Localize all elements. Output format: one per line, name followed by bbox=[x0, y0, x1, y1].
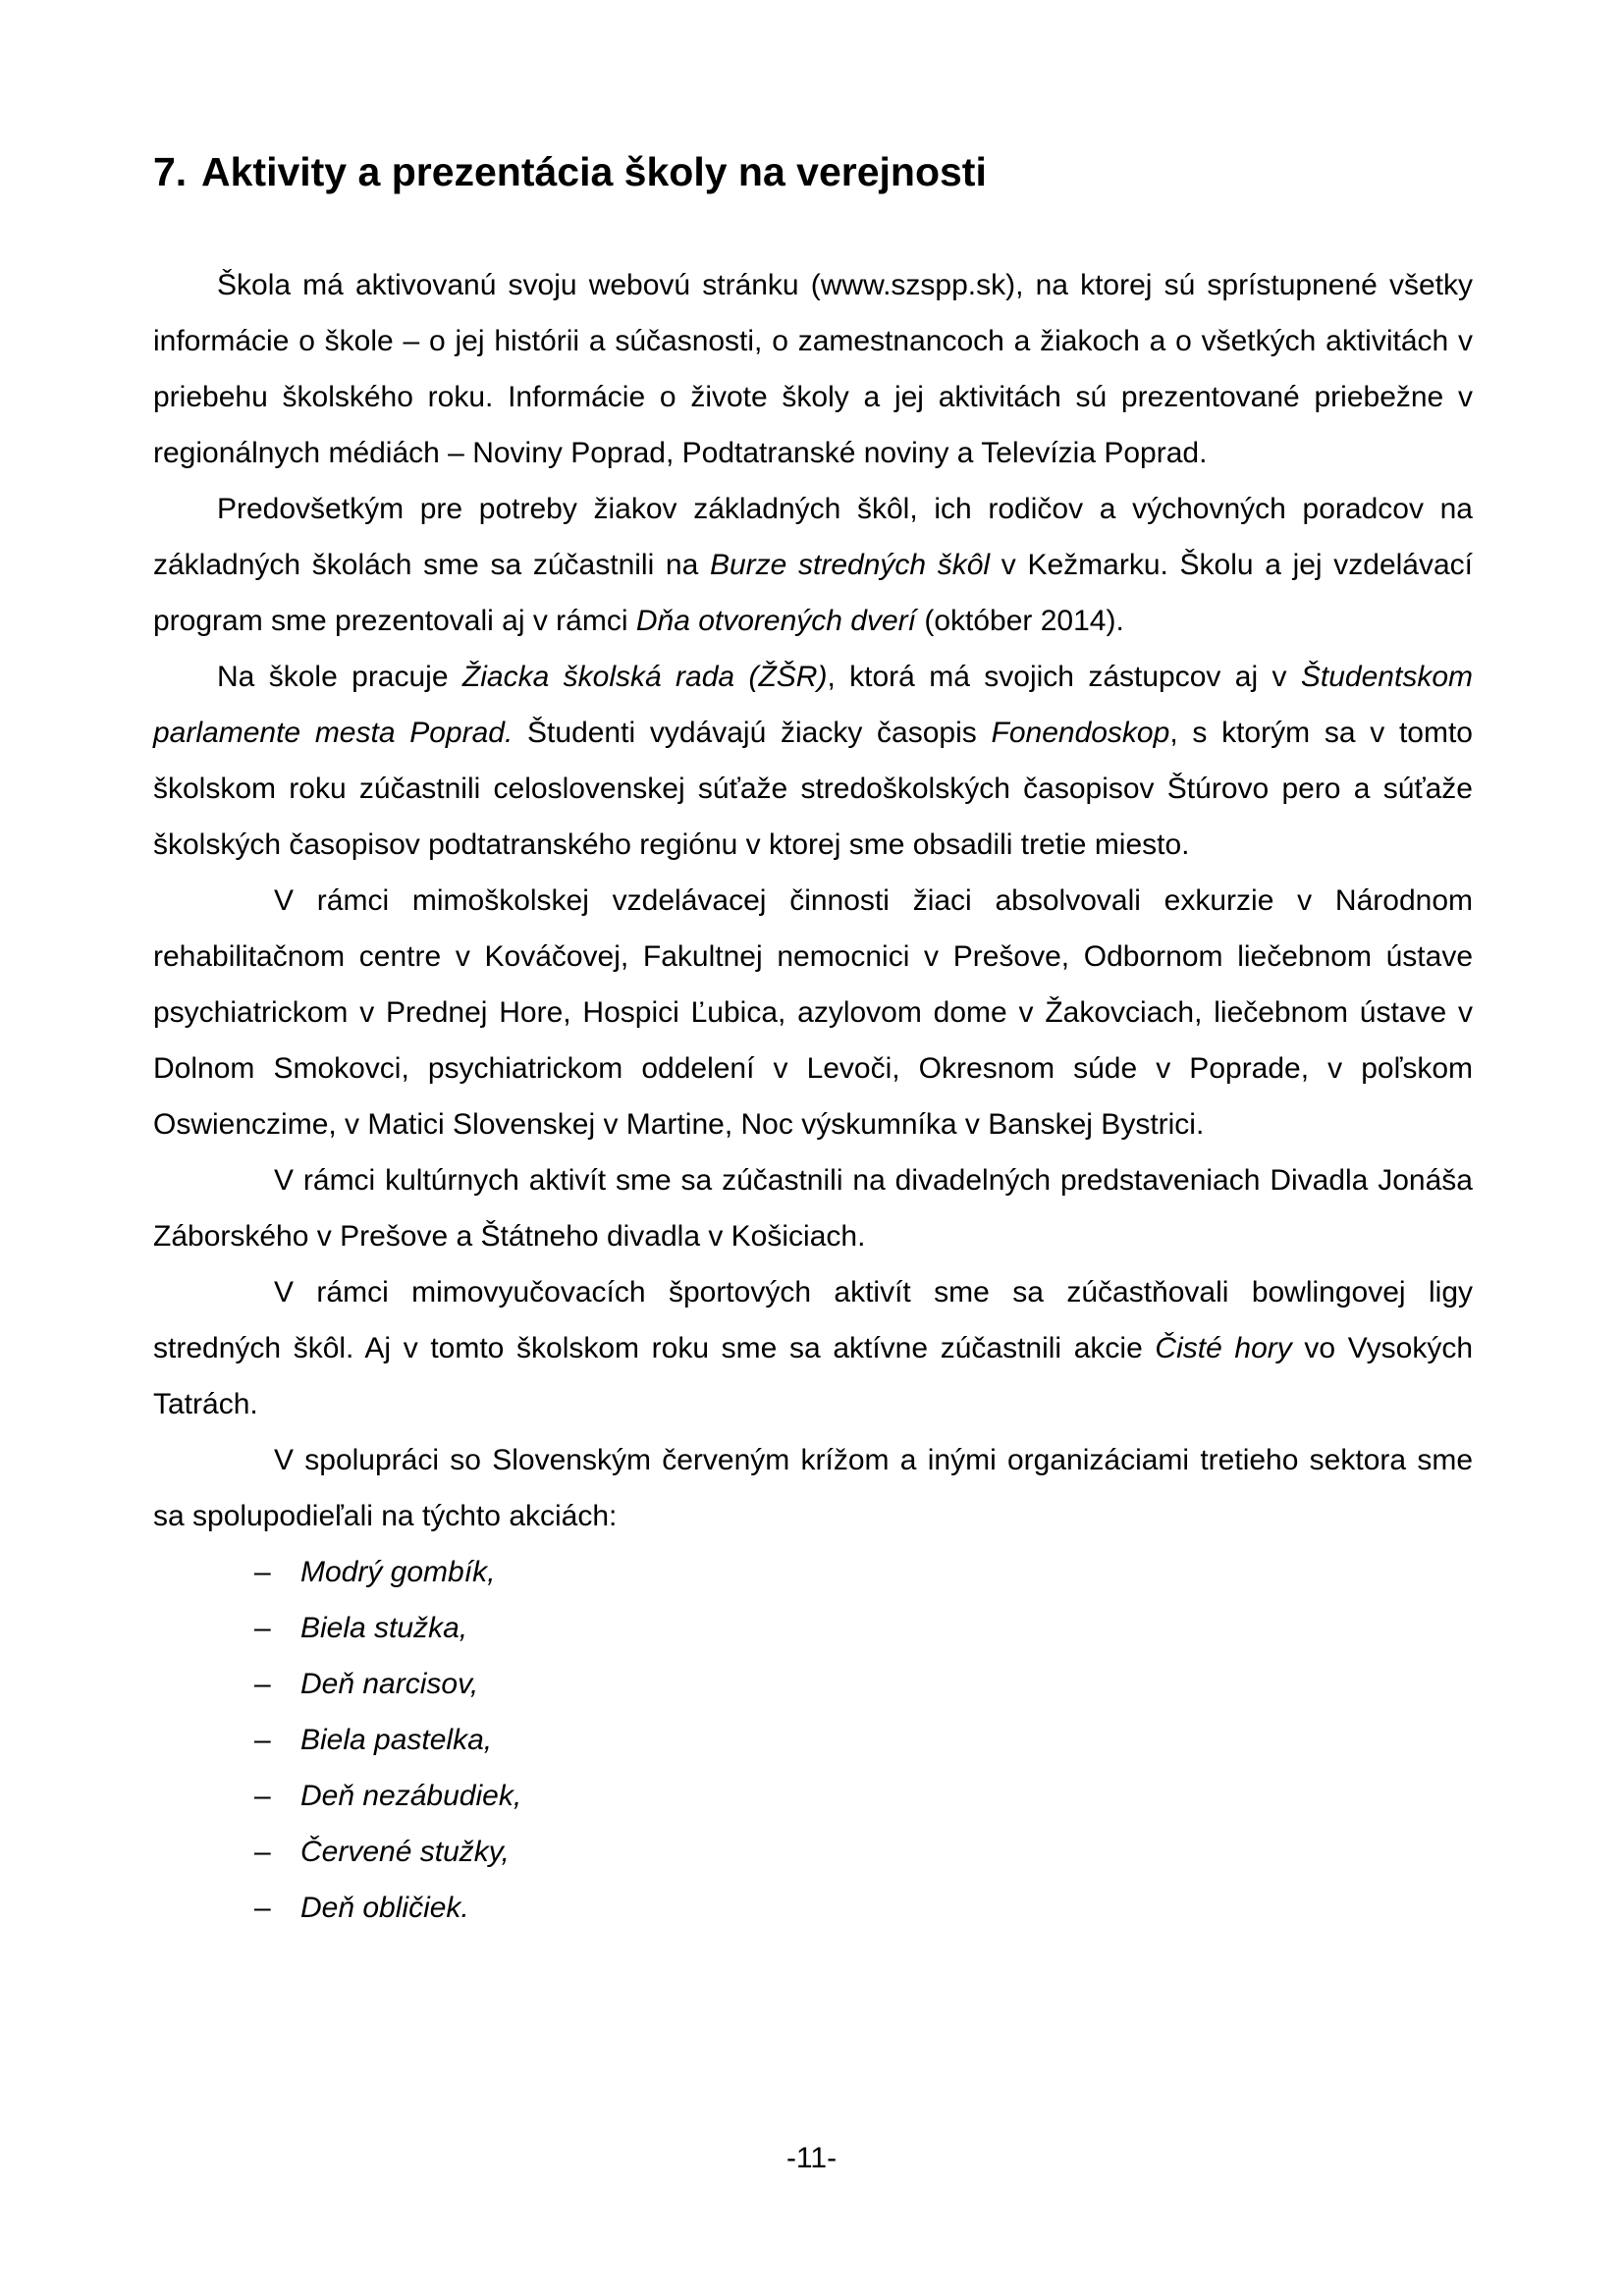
list-dash: – bbox=[254, 1600, 300, 1656]
body-text: Škola má aktivovanú svoju webovú stránku… bbox=[153, 257, 1473, 1544]
list-dash: – bbox=[254, 1768, 300, 1824]
body-paragraph: V rámci mimoškolskej vzdelávacej činnost… bbox=[153, 873, 1473, 1152]
heading-number: 7. bbox=[153, 149, 201, 194]
list-item-text: Červené stužky, bbox=[300, 1824, 510, 1880]
text-run: V rámci kultúrnych aktivít sme sa zúčast… bbox=[153, 1164, 1473, 1253]
body-paragraph: Predovšetkým pre potreby žiakov základný… bbox=[153, 481, 1473, 649]
bullet-list: –Modrý gombík,–Biela stužka,–Deň narciso… bbox=[153, 1544, 1473, 1936]
heading-title: Aktivity a prezentácia školy na verejnos… bbox=[201, 149, 987, 194]
text-run: Žiacka školská rada (ŽŠR) bbox=[462, 661, 828, 693]
text-run: Fonendoskop bbox=[992, 717, 1170, 749]
text-run: V rámci mimoškolskej vzdelávacej činnost… bbox=[153, 884, 1473, 1141]
body-paragraph: V rámci mimovyučovacích športových aktiv… bbox=[153, 1264, 1473, 1432]
list-item-text: Deň narcisov, bbox=[300, 1656, 478, 1712]
text-run: Na škole pracuje bbox=[217, 661, 462, 693]
text-run: Burze stredných škôl bbox=[710, 549, 990, 581]
list-item: –Červené stužky, bbox=[254, 1824, 1473, 1880]
body-paragraph: Na škole pracuje Žiacka školská rada (ŽŠ… bbox=[153, 649, 1473, 873]
page-footer: -11- bbox=[0, 2130, 1623, 2186]
text-run: (október 2014). bbox=[916, 605, 1124, 637]
section-heading: 7. Aktivity a prezentácia školy na verej… bbox=[153, 0, 1473, 194]
list-item: –Deň obličiek. bbox=[254, 1880, 1473, 1936]
text-run: Dňa otvorených dverí bbox=[636, 605, 916, 637]
page-content: 7. Aktivity a prezentácia školy na verej… bbox=[153, 0, 1473, 1936]
list-dash: – bbox=[254, 1824, 300, 1880]
list-item-text: Deň nezábudiek, bbox=[300, 1768, 521, 1824]
list-item-text: Biela stužka, bbox=[300, 1600, 467, 1656]
body-paragraph: Škola má aktivovanú svoju webovú stránku… bbox=[153, 257, 1473, 481]
text-run: Škola má aktivovanú svoju webovú stránku… bbox=[153, 269, 1473, 469]
list-item: –Biela stužka, bbox=[254, 1600, 1473, 1656]
list-item: –Biela pastelka, bbox=[254, 1712, 1473, 1768]
text-run: , ktorá má svojich zástupcov aj v bbox=[827, 661, 1300, 693]
list-dash: – bbox=[254, 1712, 300, 1768]
body-paragraph: V spolupráci so Slovenským červeným kríž… bbox=[153, 1432, 1473, 1544]
text-run: Študenti vydávajú žiacky časopis bbox=[513, 717, 991, 749]
list-dash: – bbox=[254, 1544, 300, 1600]
body-paragraph: V rámci kultúrnych aktivít sme sa zúčast… bbox=[153, 1152, 1473, 1264]
page-number: -11- bbox=[786, 2142, 837, 2174]
list-item: –Deň narcisov, bbox=[254, 1656, 1473, 1712]
document-page: 7. Aktivity a prezentácia školy na verej… bbox=[0, 0, 1623, 2296]
text-run: Čisté hory bbox=[1155, 1332, 1291, 1364]
list-item: –Modrý gombík, bbox=[254, 1544, 1473, 1600]
list-item: –Deň nezábudiek, bbox=[254, 1768, 1473, 1824]
text-run: V spolupráci so Slovenským červeným kríž… bbox=[153, 1444, 1473, 1532]
list-dash: – bbox=[254, 1880, 300, 1936]
list-dash: – bbox=[254, 1656, 300, 1712]
list-item-text: Deň obličiek. bbox=[300, 1880, 469, 1936]
list-item-text: Modrý gombík, bbox=[300, 1544, 495, 1600]
list-item-text: Biela pastelka, bbox=[300, 1712, 492, 1768]
